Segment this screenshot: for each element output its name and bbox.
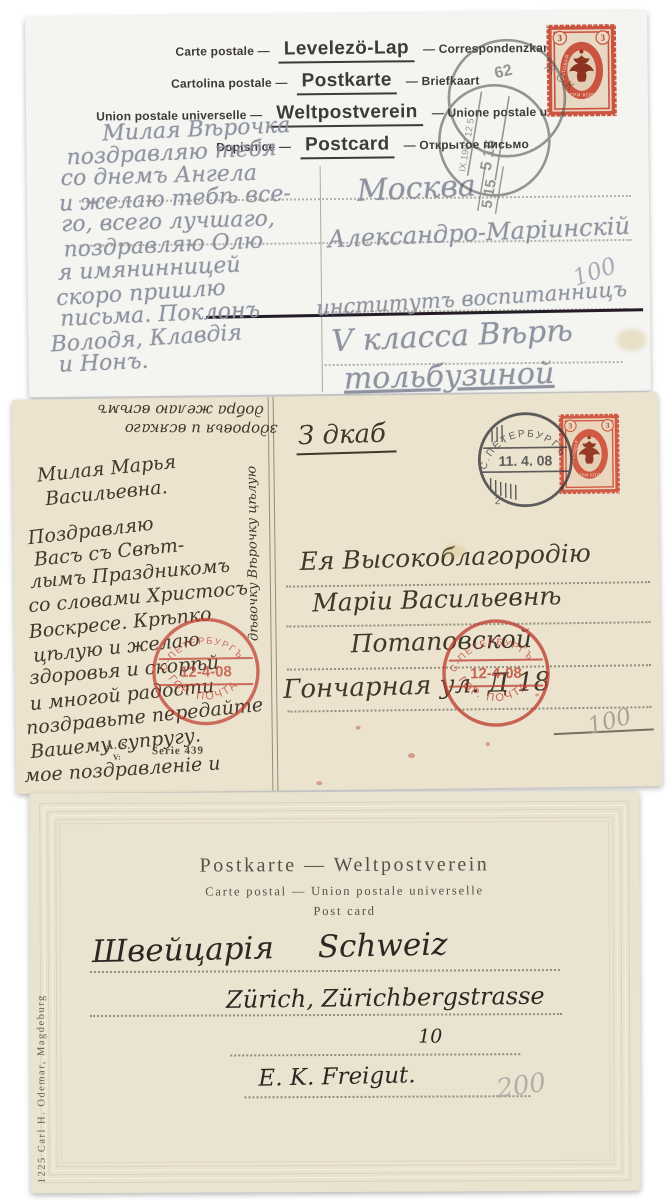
postmark-red-gor-pochta: С-ПЕТЕРБУРГЪ 12-4-08 ГОР. ПОЧТА xyxy=(140,606,272,738)
stamp-value: 3 xyxy=(606,421,610,430)
address-line: тольбузиной xyxy=(343,356,554,397)
postmark-red-gor-pochta: С-ПЕТЕРБУРГЪ 12-4-08 ГОР. ПОЧТА xyxy=(430,607,562,739)
header-line: Carte postal — Union postale universelle xyxy=(60,883,630,900)
address-line: E. K. Freigut. xyxy=(258,1062,416,1091)
publisher-imprint-vertical: 1225 Carl H. Odemar, Magdeburg xyxy=(35,863,47,1183)
scanned-postcards-photo: Carte postale — Levelezö-Lap — Correspon… xyxy=(0,0,668,1200)
postcard-middle: здоровья и всякаго добра желаю всѣмъ Мил… xyxy=(12,392,663,794)
header-label: Cartolina postale xyxy=(171,76,272,91)
address-line: Zürich, Zürichbergstrasse xyxy=(226,982,545,1014)
postmark-number: 62 xyxy=(493,62,514,82)
message-line: здоровья и всякаго xyxy=(28,419,278,439)
handwritten-reversed-lines: здоровья и всякаго добра желаю всѣмъ xyxy=(28,400,278,439)
postmark-black-card1: 62 ЖСК 5 16 IX.1907 12 5 5 15 xyxy=(375,25,637,243)
header-line: Post card xyxy=(60,903,630,920)
postmark-arc-letters: ЖСК xyxy=(542,60,580,96)
address-line-rule xyxy=(90,1013,562,1017)
address-line-rule xyxy=(244,1095,530,1098)
postmark-number: 2 xyxy=(495,496,501,507)
ink-speckle xyxy=(535,694,539,697)
address-line: Швейцарія Schweiz xyxy=(91,926,447,970)
header-line: Postkarte — Weltpostverein xyxy=(59,853,629,878)
postcard-bottom: 1225 Carl H. Odemar, Magdeburg Postkarte… xyxy=(29,791,641,1194)
ink-speckle xyxy=(356,726,361,730)
postmark-date: 12-4-08 xyxy=(470,665,522,683)
publisher-series: Serie 439 xyxy=(152,745,204,758)
address-line: Ея Высокоблагородію xyxy=(299,538,591,576)
postcard-top: Carte postale — Levelezö-Lap — Correspon… xyxy=(25,11,651,397)
dealer-price-note: 200 xyxy=(495,1068,548,1105)
postmark-band-number: 5 16 xyxy=(478,138,500,172)
address-line: 10 xyxy=(418,1026,442,1048)
handwritten-message: Милая Вѣрочка поздравляю тебя со днемъ А… xyxy=(54,116,337,372)
postmark-date: 12-4-08 xyxy=(180,663,232,681)
dash-separator: — xyxy=(275,76,287,90)
address-line-rule xyxy=(230,1053,520,1056)
ink-speckle xyxy=(486,742,490,746)
paper-stain xyxy=(616,329,646,351)
dealer-price-note: 100 xyxy=(585,704,634,740)
header-label: Carte postale xyxy=(175,44,254,59)
message-line: добра желаю всѣмъ xyxy=(28,400,264,420)
printed-header: Postkarte — Weltpostverein Carte postal … xyxy=(59,853,629,920)
postmark-date: 11. 4. 08 xyxy=(498,452,552,469)
date-note: З дкаб xyxy=(296,418,397,455)
publisher-mark: V: xyxy=(113,753,121,762)
address-line-rule xyxy=(90,969,560,973)
publisher-initials: A. S. xyxy=(106,741,131,752)
postmark-black-spb: С.ПЕТЕРБУРГЪ 11. 4. 08 2 xyxy=(452,399,600,531)
ink-speckle xyxy=(316,781,322,785)
dash-separator: — xyxy=(258,44,270,58)
address-line: V класса Вѣрѣ xyxy=(331,313,574,359)
ink-speckle xyxy=(408,753,415,758)
